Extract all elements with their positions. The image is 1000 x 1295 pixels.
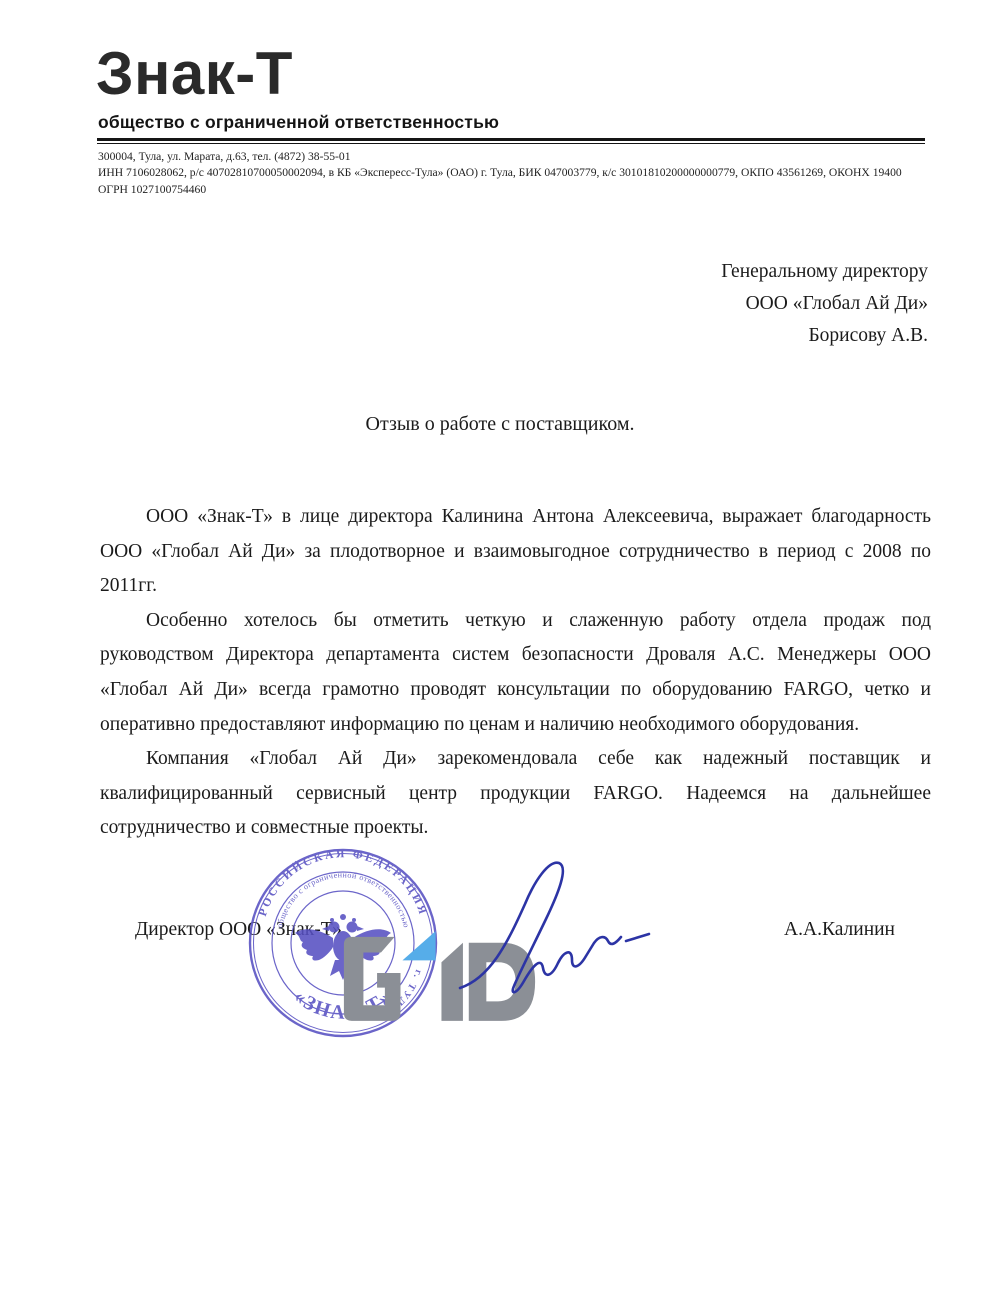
addressee-name: Борисову А.В. (721, 320, 928, 352)
document-title: Отзыв о работе с поставщиком. (0, 413, 1000, 436)
company-legal-form: общество с ограниченной ответственностью (98, 112, 499, 133)
addressee-block: Генеральному директору ООО «Глобал Ай Ди… (721, 256, 928, 351)
letterhead-requisites: 300004, Тула, ул. Марата, д.63, тел. (48… (98, 149, 950, 198)
requisites-ogrn: ОГРН 1027100754460 (98, 182, 950, 198)
gid-letter-g (344, 937, 401, 1021)
requisites-bank: ИНН 7106028062, р/с 40702810700050002094… (98, 165, 950, 181)
company-logo: Знак-Т (96, 44, 293, 104)
paragraph-gratitude: ООО «Знак-Т» в лице директора Калинина А… (100, 500, 931, 604)
gid-letter-i-dot (402, 931, 435, 960)
addressee-position: Генеральному директору (721, 256, 928, 288)
signatory-name: А.А.Калинин (784, 919, 895, 941)
letter-page: Знак-Т общество с ограниченной ответстве… (0, 0, 1000, 1295)
requisites-address: 300004, Тула, ул. Марата, д.63, тел. (48… (98, 149, 950, 165)
handwritten-signature (445, 848, 660, 998)
letterhead-rule (97, 138, 925, 144)
paragraph-sales-team: Особенно хотелось бы отметить четкую и с… (100, 604, 931, 742)
addressee-company: ООО «Глобал Ай Ди» (721, 288, 928, 320)
paragraph-recommendation: Компания «Глобал Ай Ди» зарекомендовала … (100, 742, 931, 846)
letter-body: ООО «Знак-Т» в лице директора Калинина А… (100, 500, 931, 846)
